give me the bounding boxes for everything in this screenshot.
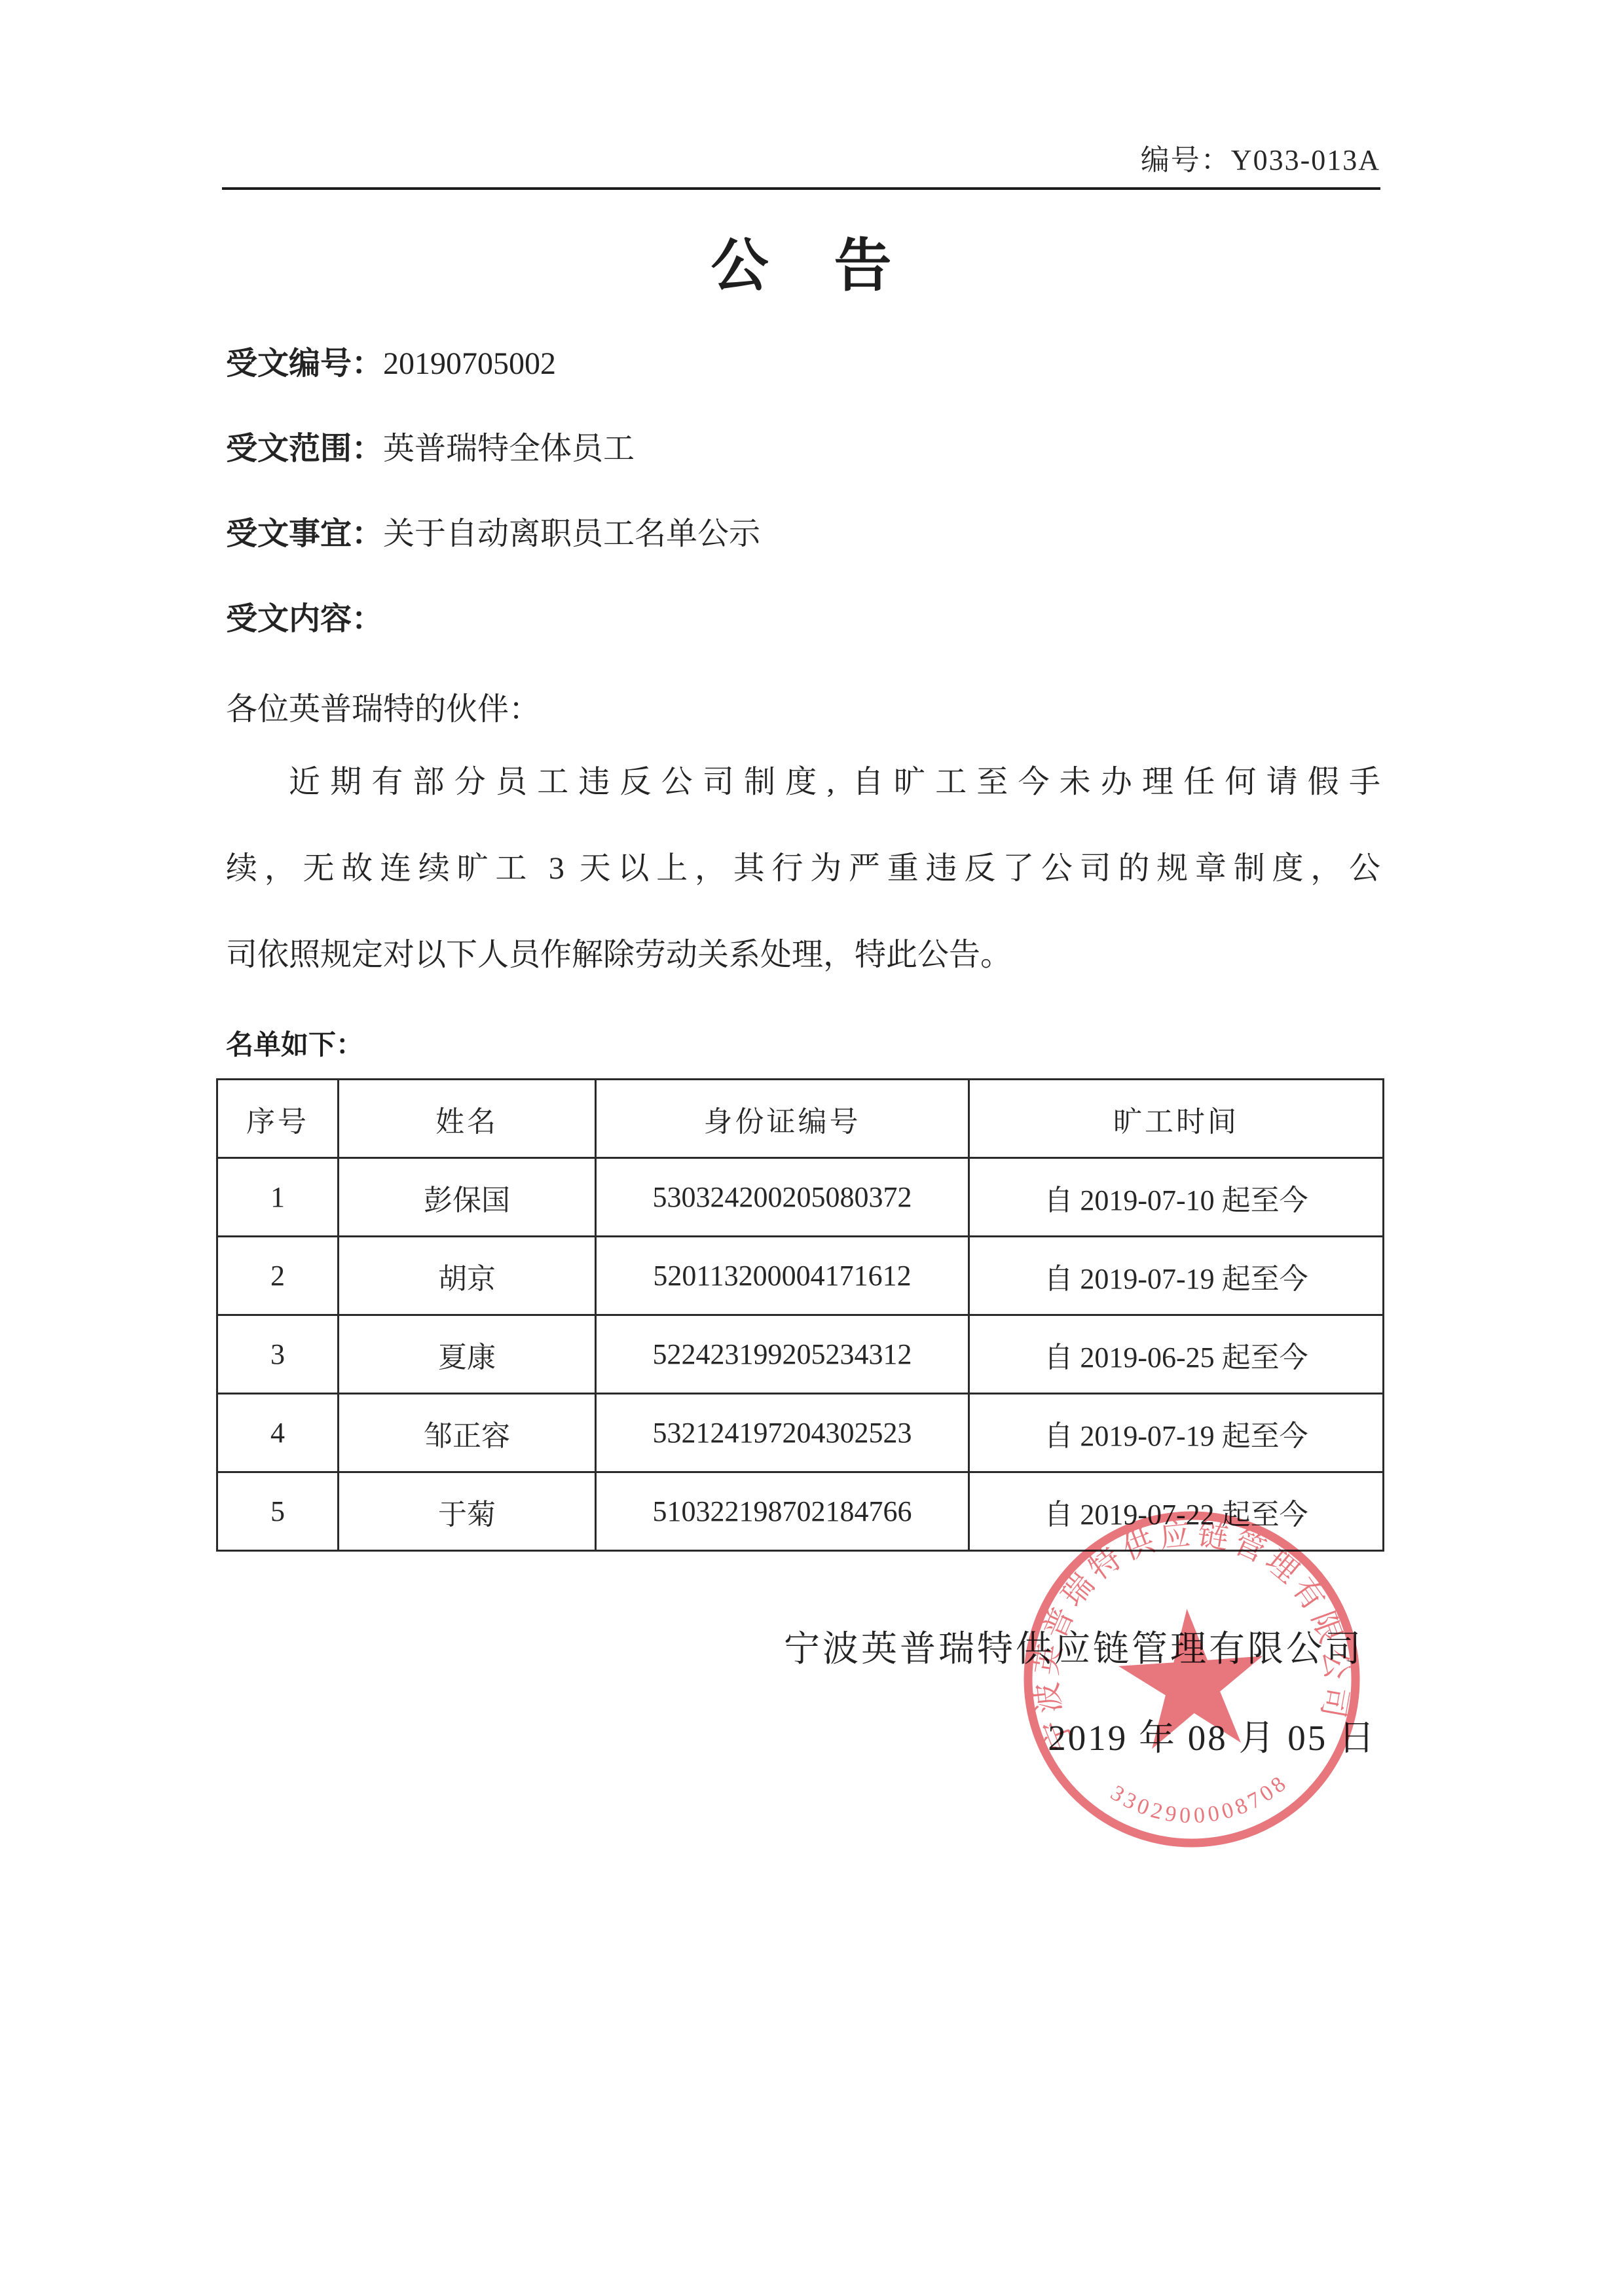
table-row: 2 胡京 520113200004171612 自 2019-07-19 起至今 xyxy=(217,1237,1384,1315)
paragraph-line: 司依照规定对以下人员作解除劳动关系处理，特此公告。 xyxy=(226,912,1380,998)
paragraph-line: 续，无故连续旷工 3 天以上，其行为严重违反了公司的规章制度，公 xyxy=(226,826,1380,912)
table-row: 5 于菊 510322198702184766 自 2019-07-22 起至今 xyxy=(217,1472,1384,1551)
col-header-id: 身份证编号 xyxy=(596,1080,969,1158)
table-row: 3 夏康 522423199205234312 自 2019-06-25 起至今 xyxy=(217,1315,1384,1394)
cell-id: 522423199205234312 xyxy=(596,1315,969,1394)
col-header-index: 序号 xyxy=(217,1080,339,1158)
cell-absent-time: 自 2019-07-10 起至今 xyxy=(969,1158,1384,1237)
announcement-document: 编号：Y033-013A 公 告 受文编号：20190705002 受文范围：英… xyxy=(0,0,1624,2296)
doc-code: 编号：Y033-013A xyxy=(226,136,1380,178)
seal-number: 3302900008708 xyxy=(1105,1769,1295,1834)
cell-id: 510322198702184766 xyxy=(596,1472,969,1551)
field-content-label: 受文内容： xyxy=(226,602,383,636)
cell-index: 5 xyxy=(217,1472,339,1551)
absentee-table: 序号 姓名 身份证编号 旷工时间 1 彭保国 53032420020508037… xyxy=(216,1078,1384,1552)
paragraph-line: 近期有部分员工违反公司制度, 自旷工至今未办理任何请假手 xyxy=(226,739,1380,826)
signature-date: 2019 年 08 月 05 日 xyxy=(1048,1709,1376,1760)
table-row: 4 邹正容 532124197204302523 自 2019-07-19 起至… xyxy=(217,1394,1384,1472)
field-scope-label: 受文范围： xyxy=(226,431,383,466)
cell-absent-time: 自 2019-07-19 起至今 xyxy=(969,1237,1384,1315)
salutation: 各位英普瑞特的伙伴： xyxy=(226,683,1380,729)
cell-name: 邹正容 xyxy=(339,1394,596,1472)
field-doc-number-label: 受文编号： xyxy=(226,346,383,381)
field-doc-number-value: 20190705002 xyxy=(383,346,556,381)
cell-index: 2 xyxy=(217,1237,339,1315)
header-divider xyxy=(222,187,1380,190)
cell-absent-time: 自 2019-07-19 起至今 xyxy=(969,1394,1384,1472)
col-header-absent-time: 旷工时间 xyxy=(969,1080,1384,1158)
field-content: 受文内容： xyxy=(226,598,1380,640)
table-header-row: 序号 姓名 身份证编号 旷工时间 xyxy=(217,1080,1384,1158)
field-doc-number: 受文编号：20190705002 xyxy=(226,343,1380,385)
cell-name: 胡京 xyxy=(339,1237,596,1315)
cell-name: 于菊 xyxy=(339,1472,596,1551)
cell-absent-time: 自 2019-07-22 起至今 xyxy=(969,1472,1384,1551)
cell-name: 夏康 xyxy=(339,1315,596,1394)
body-paragraph: 近期有部分员工违反公司制度, 自旷工至今未办理任何请假手 续，无故连续旷工 3 … xyxy=(226,739,1380,998)
cell-index: 4 xyxy=(217,1394,339,1472)
col-header-name: 姓名 xyxy=(339,1080,596,1158)
seal-ring xyxy=(1017,1504,1367,1854)
document-content: 编号：Y033-013A 公 告 受文编号：20190705002 受文范围：英… xyxy=(0,0,1624,1552)
page-title: 公 告 xyxy=(226,220,1380,302)
signature-company: 宁波英普瑞特供应链管理有限公司 xyxy=(784,1620,1363,1671)
field-subject-label: 受文事宜： xyxy=(226,517,383,551)
cell-index: 1 xyxy=(217,1158,339,1237)
field-scope-value: 英普瑞特全体员工 xyxy=(383,431,635,466)
field-subject: 受文事宜：关于自动离职员工名单公示 xyxy=(226,513,1380,555)
cell-id: 520113200004171612 xyxy=(596,1237,969,1315)
field-subject-value: 关于自动离职员工名单公示 xyxy=(383,517,760,551)
cell-id: 532124197204302523 xyxy=(596,1394,969,1472)
cell-absent-time: 自 2019-06-25 起至今 xyxy=(969,1315,1384,1394)
cell-index: 3 xyxy=(217,1315,339,1394)
table-row: 1 彭保国 530324200205080372 自 2019-07-10 起至… xyxy=(217,1158,1384,1237)
field-list: 受文编号：20190705002 受文范围：英普瑞特全体员工 受文事宜：关于自动… xyxy=(226,343,1380,640)
field-scope: 受文范围：英普瑞特全体员工 xyxy=(226,428,1380,470)
cell-name: 彭保国 xyxy=(339,1158,596,1237)
list-intro: 名单如下： xyxy=(226,1023,1380,1063)
cell-id: 530324200205080372 xyxy=(596,1158,969,1237)
